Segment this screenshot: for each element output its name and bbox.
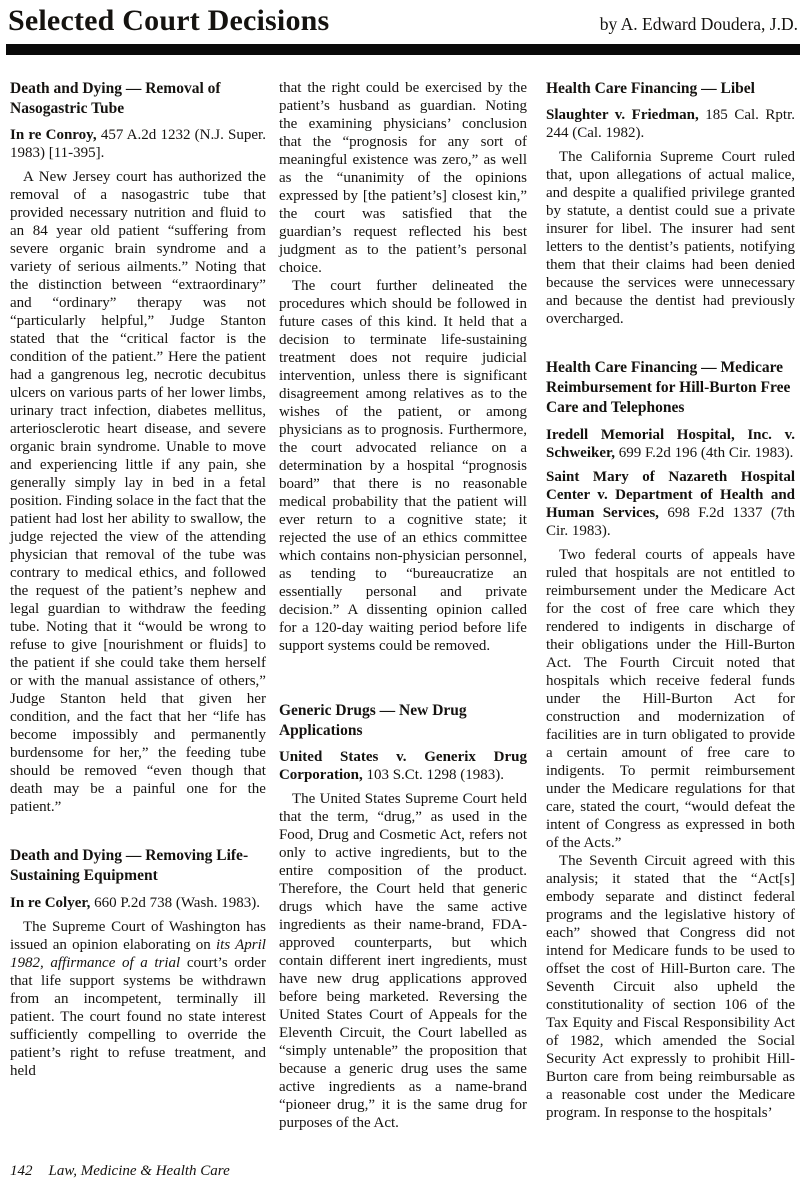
text-run: court’s order that life support systems …	[10, 955, 266, 1079]
case-reporter: 699 F.2d 196 (4th Cir. 1983).	[619, 445, 794, 461]
paragraph-colyer-1-continued: that the right could be exercised by the…	[279, 79, 527, 277]
section-heading-conroy: Death and Dying — Removal of Nasogastric…	[10, 79, 266, 119]
header-rule	[6, 44, 800, 55]
section-heading-generix: Generic Drugs — New Drug Applications	[279, 701, 527, 741]
paragraph-colyer-1: The Supreme Court of Washington has issu…	[10, 918, 266, 1080]
case-reporter: 660 P.2d 738 (Wash. 1983).	[94, 895, 260, 911]
journal-page: Selected Court Decisions by A. Edward Do…	[0, 0, 800, 1182]
journal-title: Law, Medicine & Health Care	[49, 1163, 230, 1179]
case-name: Slaughter v. Friedman,	[546, 107, 699, 123]
page-number: 142	[10, 1163, 33, 1179]
paragraph-generix: The United States Supreme Court held tha…	[279, 790, 527, 1132]
paragraph-hillburton-2: The Seventh Circuit agreed with this ana…	[546, 852, 795, 1122]
case-name: In re Conroy,	[10, 127, 97, 143]
case-citation-conroy: In re Conroy, 457 A.2d 1232 (N.J. Super.…	[10, 126, 266, 162]
column-1: Death and Dying — Removal of Nasogastric…	[10, 79, 266, 1132]
case-reporter: 103 S.Ct. 1298 (1983).	[366, 767, 504, 783]
case-citation-generix: United States v. Generix Drug Corporatio…	[279, 748, 527, 784]
paragraph-hillburton-1: Two federal courts of appeals have ruled…	[546, 546, 795, 852]
paragraph-conroy: A New Jersey court has authorized the re…	[10, 168, 266, 816]
article-columns: Death and Dying — Removal of Nasogastric…	[0, 55, 800, 1132]
page-title: Selected Court Decisions	[8, 4, 329, 37]
case-citation-iredell: Iredell Memorial Hospital, Inc. v. Schwe…	[546, 426, 795, 462]
section-heading-colyer: Death and Dying — Removing Life-Sustaini…	[10, 846, 266, 886]
paragraph-slaughter: The California Supreme Court ruled that,…	[546, 148, 795, 328]
column-2: that the right could be exercised by the…	[279, 79, 527, 1132]
case-name: In re Colyer,	[10, 895, 90, 911]
page-footer: 142Law, Medicine & Health Care	[10, 1163, 230, 1180]
section-heading-hillburton: Health Care Financing — Medicare Reimbur…	[546, 358, 795, 418]
byline: by A. Edward Doudera, J.D.	[600, 15, 798, 34]
case-citation-saint-mary: Saint Mary of Nazareth Hospital Center v…	[546, 468, 795, 540]
paragraph-colyer-2: The court further delineated the procedu…	[279, 277, 527, 655]
section-heading-slaughter: Health Care Financing — Libel	[546, 79, 795, 99]
column-3: Health Care Financing — Libel Slaughter …	[546, 79, 795, 1132]
masthead: Selected Court Decisions by A. Edward Do…	[0, 0, 800, 37]
case-citation-slaughter: Slaughter v. Friedman, 185 Cal. Rptr. 24…	[546, 106, 795, 142]
case-citation-colyer: In re Colyer, 660 P.2d 738 (Wash. 1983).	[10, 894, 266, 912]
